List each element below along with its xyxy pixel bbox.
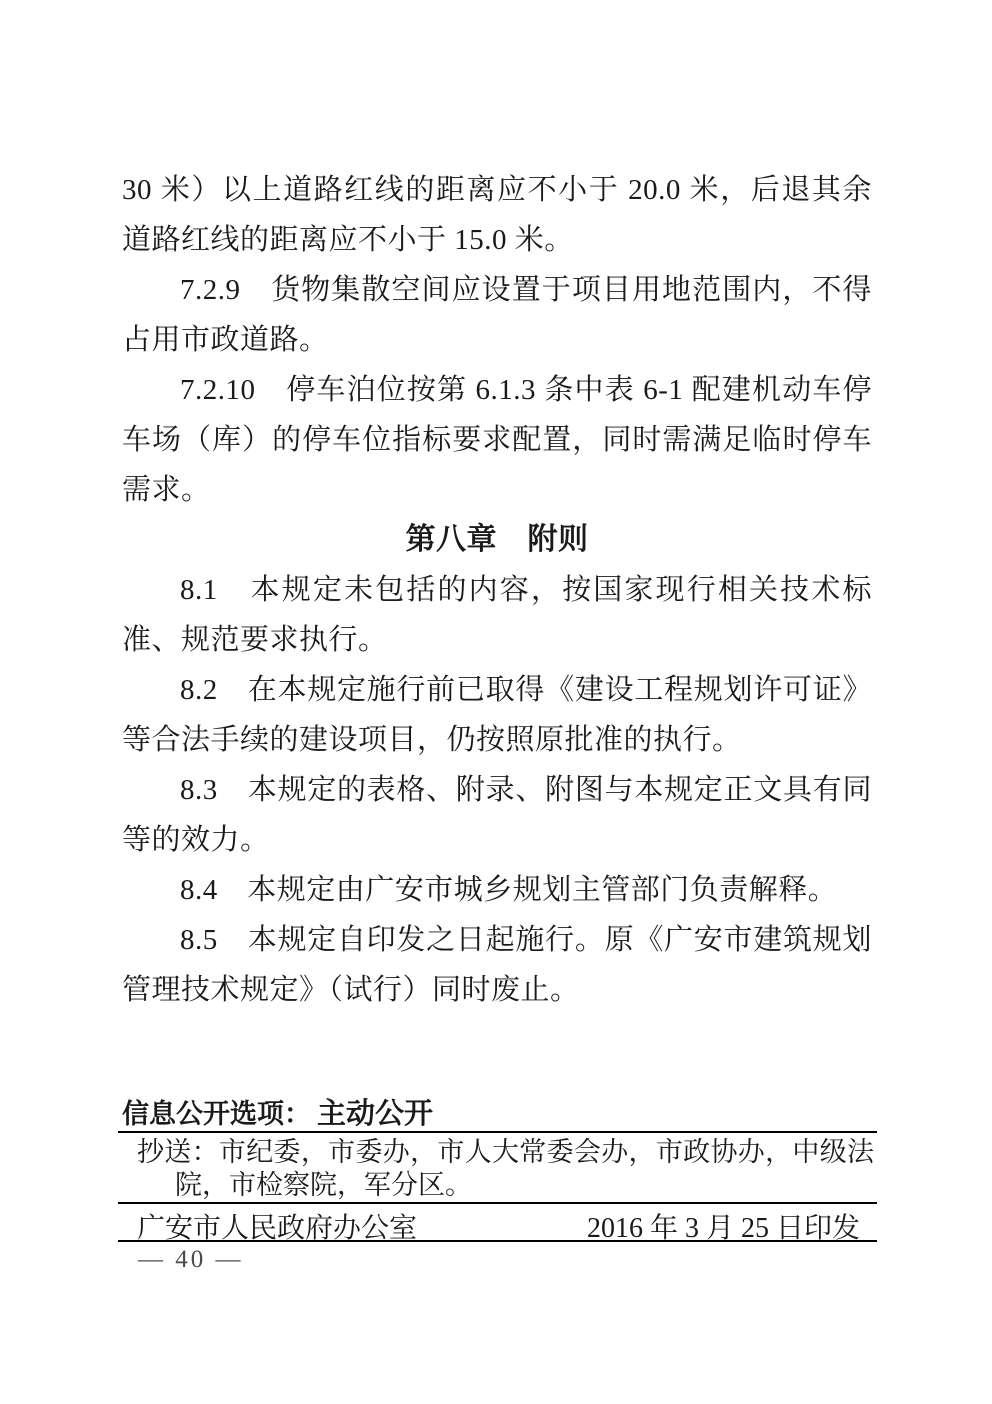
disclosure-option-label: 信息公开选项： (122, 1099, 311, 1129)
footer-divider-bottom (118, 1240, 877, 1242)
document-body: 30 米）以上道路红线的距离应不小于 20.0 米，后退其余道路红线的距离应不小… (122, 165, 872, 1015)
footer-divider-middle (118, 1202, 877, 1204)
clause-8-3: 8.3 本规定的表格、附录、附图与本规定正文具有同等的效力。 (122, 765, 872, 865)
page-number: — 40 — (138, 1246, 244, 1274)
clause-7-2-8-continuation: 30 米）以上道路红线的距离应不小于 20.0 米，后退其余道路红线的距离应不小… (122, 165, 872, 265)
clause-7-2-10: 7.2.10 停车泊位按第 6.1.3 条中表 6-1 配建机动车停车场（库）的… (122, 365, 872, 515)
chapter-8-heading: 第八章 附则 (122, 515, 872, 565)
clause-8-1: 8.1 本规定未包括的内容，按国家现行相关技术标准、规范要求执行。 (122, 565, 872, 665)
clause-8-2: 8.2 在本规定施行前已取得《建设工程规划许可证》等合法手续的建设项目，仍按照原… (122, 665, 872, 765)
disclosure-option-row: 信息公开选项：主动公开 (122, 1091, 877, 1132)
clause-7-2-9: 7.2.9 货物集散空间应设置于项目用地范围内，不得占用市政道路。 (122, 265, 872, 365)
cc-list: 抄送：市纪委，市委办，市人大常委会办，市政协办，中级法院，市检察院，军分区。 (137, 1136, 874, 1202)
document-page: 30 米）以上道路红线的距离应不小于 20.0 米，后退其余道路红线的距离应不小… (0, 0, 992, 1404)
clause-8-5: 8.5 本规定自印发之日起施行。原《广安市建筑规划管理技术规定》（试行）同时废止… (122, 915, 872, 1015)
footer-divider-top (118, 1131, 877, 1133)
disclosure-option-value: 主动公开 (317, 1098, 433, 1130)
clause-8-4: 8.4 本规定由广安市城乡规划主管部门负责解释。 (122, 865, 872, 915)
